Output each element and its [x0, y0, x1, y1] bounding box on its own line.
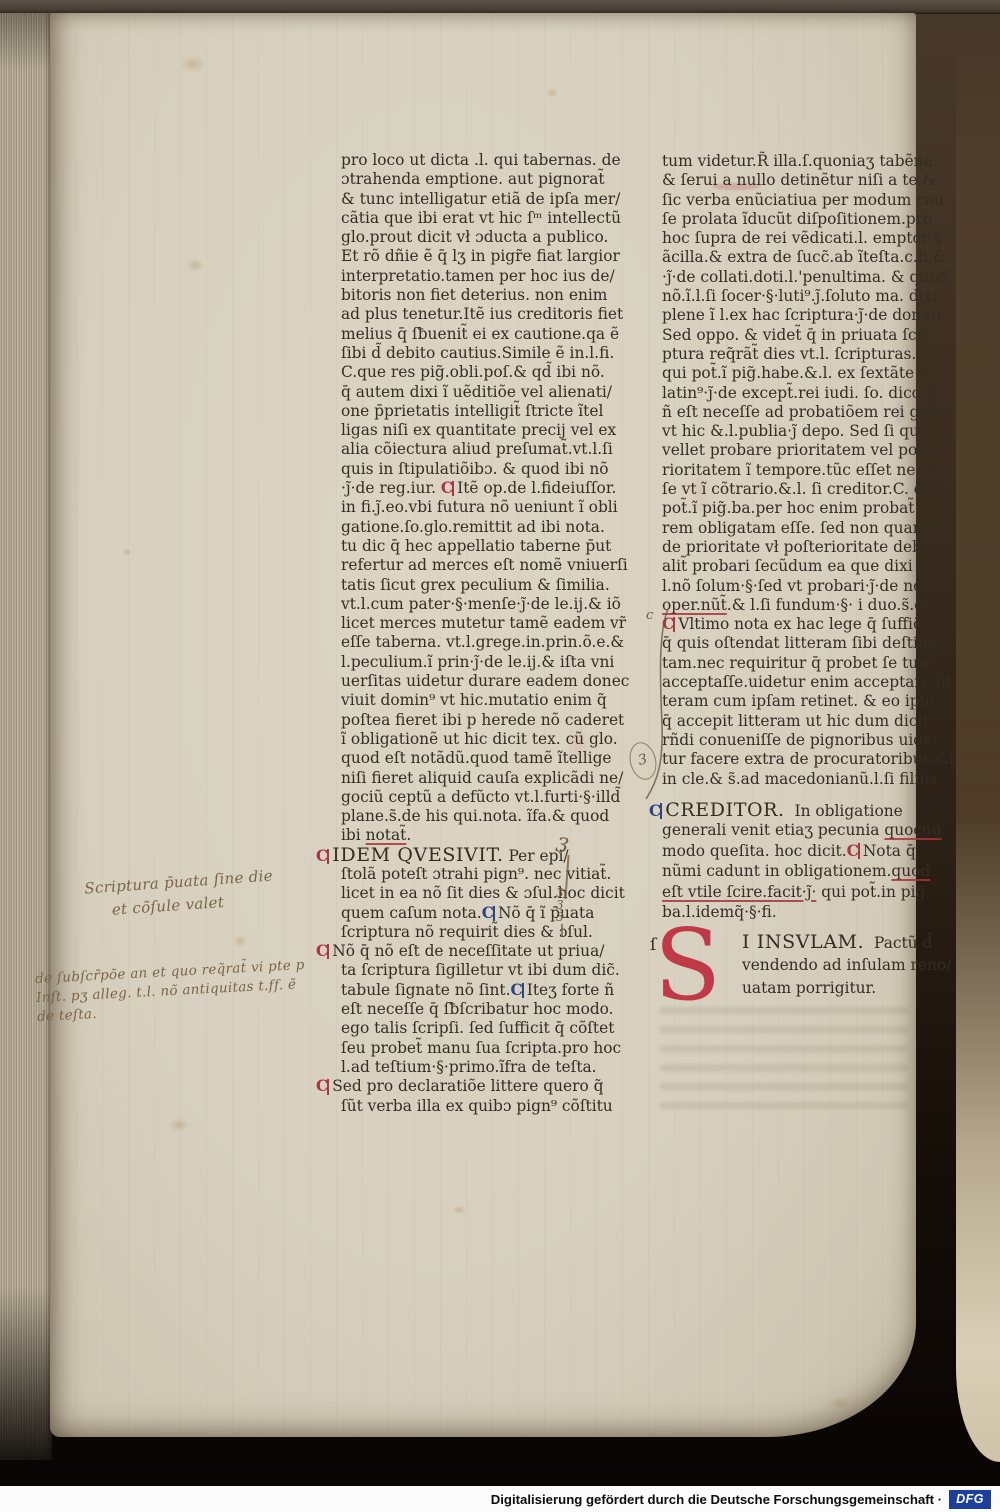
- red-pilcrow-icon: C: [316, 847, 331, 866]
- text-line: plane.s̃.de his qui.nota. ĩfa.& quod: [341, 807, 677, 826]
- text-line: Et rõ dñie ẽ q̄ lʒ in pigr̃e fiat largio…: [341, 247, 677, 266]
- text-line: q̄ accepit litteram ut hic dum dicit: [662, 712, 948, 731]
- text-line: quis in ſtipulatiõibɔ. & quod ibi nõ: [341, 460, 677, 479]
- text-line: tum videtur.R̃ illa.ſ.quoniaʒ tabẽna: [662, 152, 948, 171]
- text-line: interpretatio.tamen per hoc ius de/: [341, 267, 677, 286]
- text-line: ſũt verba illa ex quibɔ pign⁹ cõſtitu: [341, 1097, 677, 1116]
- digitization-footer: Digitalisierung gefördert durch die Deut…: [0, 1486, 1000, 1512]
- paper-stain: [452, 1205, 466, 1215]
- text-line: rioritatem ĩ tempore.tũc eſſet neceſ: [662, 461, 948, 480]
- text-line: q̄ autem dixi ĩ uẽditiõe vel alienati/: [341, 383, 677, 402]
- text-line: niſi fieret aliquid cauſa explicãdi ne/: [341, 769, 677, 788]
- text-line: & ſerui a nullo detinẽtur niſi a te.&: [662, 171, 948, 190]
- marginalia-note-1: Scriptura p̄uata ſine dieet cõſule valet: [84, 864, 276, 923]
- blue-pilcrow-icon: C: [510, 981, 525, 1000]
- text-line: ãcilla.& extra de ſucc̃.ab ĩteſta.c.fi.&: [662, 248, 948, 267]
- page-stack-edge: [0, 13, 52, 1460]
- paper-stain: [232, 935, 248, 947]
- text-line: ·j̃·de collati.doti.l.'penultima. & quod: [662, 268, 948, 287]
- text-line: in cle.& s̃.ad macedonianũ.l.ſi filius: [662, 770, 948, 789]
- paper-stain: [186, 258, 204, 272]
- text-line: licet merces mutetur tamẽ eadem vr̃: [341, 614, 677, 633]
- text-line: pot̃.ĩ pig̃.ba.per hoc enim probat̃: [662, 499, 948, 518]
- text-line: qui pot̃.ĩ pig̃.habe.&.l. ex ſextãte ·§·: [662, 364, 948, 383]
- text-line: melius q̄ ſƀuenit̃ ei ex cautione.qa ẽ: [341, 325, 677, 344]
- dfg-logo: DFG: [949, 1490, 991, 1509]
- text-line: teram cum ipſam retinet. & eo ipſo: [662, 692, 948, 711]
- text-line: in fi.j̃.eo.vbi futura nõ ueniunt ĩ obli: [341, 498, 677, 517]
- text-line: nũmi cadunt in obligationem.quod: [662, 861, 948, 881]
- margin-tick-mark: [561, 924, 563, 937]
- text-line: tam.nec requiritur q̄ probet ſe tunc: [662, 654, 948, 673]
- text-line: rñdi conueniſſe de pignoribus uide/: [662, 731, 948, 750]
- text-line: tur facere extra de procuratoribus.c.i: [662, 750, 948, 769]
- paper-stain: [545, 88, 559, 98]
- text-line: CSed pro declaratiõe littere quero q̃: [316, 1077, 677, 1096]
- text-line: vendendo ad inſulam reno/: [742, 954, 942, 977]
- text-line: nõ.ĩ.l.ſi ſocer·§·luti⁹.j̃.ſoluto ma. di…: [662, 287, 948, 306]
- red-pilcrow-icon: C: [316, 1077, 331, 1096]
- text-line: tabule ſignate nõ ſint.CIteʒ forte ñ: [341, 981, 677, 1000]
- text-line: alit̃ probari ſecũdum ea que dixi in: [662, 557, 948, 576]
- text-line: ſeu probet̃ manu ſua ſcripta.pro hoc: [341, 1039, 677, 1058]
- text-line: poſtea fieret ibi p herede nõ caderet: [341, 711, 677, 730]
- text-line: Sed oppo. & videt̃ q̄ in priuata ſcri: [662, 326, 948, 345]
- text-line: l.nõ ſolum·§·ſed vt probari·j̃·de noui: [662, 577, 948, 596]
- text-line: ſcriptura nõ requirit̃ dies & ɔſul.: [341, 923, 677, 942]
- text-column-left: pro loco ut dicta .l. qui tabernas. deɔt…: [341, 151, 677, 1116]
- text-line: glo.prout dicit vł ɔducta a publico.: [341, 228, 677, 247]
- text-line: alia cõiectura aliud preſumat̃.vt.l.ſi: [341, 440, 677, 459]
- text-line: ta ſcriptura ſigilletur vt ibi dum dic̃.: [341, 961, 677, 980]
- text-line: gatione.ſo.glo.remittit ad ibi nota.: [341, 518, 677, 537]
- insulam-text: I INSVLAM. Pactũ d̃vendendo ad inſulam r…: [742, 931, 942, 1000]
- text-line: one p̄prietatis intelligit̃ ſtricte ĩtel: [341, 402, 677, 421]
- scan-top-edge: [0, 0, 1000, 14]
- text-line: refertur ad merces eſt nomẽ vniuerſi: [341, 556, 677, 575]
- blue-pilcrow-icon: C: [482, 904, 497, 923]
- text-line: CCREDITOR. In obligatione: [649, 800, 948, 820]
- red-pilcrow-icon: C: [847, 841, 862, 861]
- text-line: ad plus tenetur.Itẽ ius creditoris fiet: [341, 305, 677, 324]
- text-line: 3: [556, 911, 564, 923]
- text-column-right: tum videtur.R̃ illa.ſ.quoniaʒ tabẽna& ſe…: [662, 152, 948, 789]
- text-line: ptura req̃rãt̃ dies vt.l. ſcripturas.C.: [662, 345, 948, 364]
- book-scan: pro loco ut dicta .l. qui tabernas. deɔt…: [0, 0, 1000, 1512]
- paper-stain: [180, 55, 206, 73]
- text-line: ligas niſi ex quantitate precij vel ex: [341, 421, 677, 440]
- book-fore-edge: [956, 26, 1000, 1462]
- text-line: vellet probare prioritatem vel poſte: [662, 441, 948, 460]
- paper-stain: [168, 1118, 190, 1132]
- paper-stain: [830, 1396, 850, 1410]
- text-line: ſe vt ĩ cõtrario.&.l. ſi creditor.C. qui: [662, 480, 948, 499]
- text-line: eſt neceſſe q̄ ſƀſcribatur hoc modo.: [341, 1000, 677, 1019]
- text-line: rem obligatam eſſe. ſed non quando: [662, 519, 948, 538]
- text-line: quod eſt notãdũ.quod tamẽ ĩtellige: [341, 749, 677, 768]
- text-line: de prioritate vł poſterioritate debẽt: [662, 538, 948, 557]
- text-line: gociũ ceptũ a defũcto vt.l.furti·§·illd̃: [341, 788, 677, 807]
- creditor-paragraph: CCREDITOR. In obligationegenerali venit …: [662, 800, 948, 922]
- margin-mark-333: 333: [556, 887, 564, 923]
- text-line: cãtia que ibi erat vt hic ſᵐ intellectũ: [341, 209, 677, 228]
- text-line: ſibi d̃ debito cautius.Simile ẽ in.l.fi.: [341, 344, 677, 363]
- text-line: quem caſum nota.CNõ q̄ ĩ p̄uata: [341, 904, 677, 923]
- text-line: I INSVLAM. Pactũ d̃: [742, 931, 942, 954]
- text-line: pro loco ut dicta .l. qui tabernas. de: [341, 151, 677, 170]
- text-line: generali venit etiaʒ pecunia quocũq̃: [662, 820, 948, 840]
- text-line: C.que res pig̃.obli.poſ.& qd̃ ibi nõ.: [341, 363, 677, 382]
- text-line: ñ eſt neceſſe ad probatiõem rei geſte: [662, 403, 948, 422]
- text-line: tu dic q̄ hec appellatio taberne p̄ut: [341, 537, 677, 556]
- text-line: CIDEM QVESIVIT. Per epi/: [316, 846, 677, 865]
- text-line: latin⁹·j̃·de except̃.rei iudi. ſo. dico …: [662, 384, 948, 403]
- marginalia-note-2: de ſubſcr̃põe an et quo req̃rat̃ vi pte …: [35, 956, 307, 1027]
- text-line: eſſe taberna. vt.l.grege.in.prin.õ.e.&: [341, 633, 677, 652]
- text-line: q̄ quis oſtendat litteram ſibi deſtina: [662, 634, 948, 653]
- text-line: plene ĩ l.ex hac ſcriptura·j̃·de donati.: [662, 306, 948, 325]
- initial-s: S: [654, 917, 721, 1015]
- text-line: & tunc intelligatur etiã de ipſa mer/: [341, 190, 677, 209]
- text-line: modo queſita. hoc dicit.CNota q̄: [662, 841, 948, 861]
- red-pilcrow-icon: C: [441, 479, 456, 498]
- text-line: oper.nũt̃.& l.ſi fundum·§· i duo.s̃.eo: [662, 596, 948, 615]
- paper-stain: [122, 548, 132, 556]
- text-line: ſic verba enũciatiua per modum cau: [662, 191, 948, 210]
- text-line: viuit domin⁹ vt hic.mutatio enim q̃: [341, 691, 677, 710]
- red-pilcrow-icon: C: [316, 942, 331, 961]
- text-line: acceptaſſe.uidetur enim acceptare lit: [662, 673, 948, 692]
- text-line: ·j̃·de reg.iur. CItẽ op.de l.fideiuſſor.: [341, 479, 677, 498]
- text-line: ĩ obligationẽ ut hic dicit tex. cũ glo.: [341, 730, 677, 749]
- text-line: ſtolã poteſt ɔtrahi pign⁹. nec vitiat̃.: [341, 865, 677, 884]
- text-line: l.ad teſtium·§·primo.ĩfra de teſta.: [341, 1058, 677, 1077]
- book-page: pro loco ut dicta .l. qui tabernas. deɔt…: [50, 13, 916, 1437]
- text-line: CVltimo nota ex hac lege q̄ ſuffic̃: [662, 615, 948, 634]
- insulam-paragraph: ſ S I INSVLAM. Pactũ d̃vendendo ad inſul…: [662, 931, 942, 1031]
- text-line: uerſitas uidetur durare eadem donec: [341, 672, 677, 691]
- text-line: ego talis ſcripſi. ſed ſufficit q̄ cõſte…: [341, 1019, 677, 1038]
- text-line: vt.l.cum pater·§·menſe·j̃·de le.ij.& iõ: [341, 595, 677, 614]
- footer-credit-text: Digitalisierung gefördert durch die Deut…: [491, 1492, 942, 1507]
- text-line: tatis ſicut grex peculium & ſimilia.: [341, 576, 677, 595]
- text-line: hoc ſupra de rei vẽdicati.l. emptor·§·: [662, 229, 948, 248]
- text-line: uatam porrigitur.: [742, 977, 942, 1000]
- text-line: CNõ q̄ nõ eſt de neceſſitate ut priua/: [316, 942, 677, 961]
- text-line: bitoris non fiet deterius. non enim: [341, 286, 677, 305]
- text-line: eſt vtile ſcire.facit·j̃· qui pot̃.in pi…: [662, 882, 948, 902]
- text-line: licet in ea nõ ſit dies & ɔſul.hoc dicit: [341, 884, 677, 903]
- text-line: ɔtrahenda emptione. aut pignorat̃: [341, 170, 677, 189]
- text-line: ſe prolata ĩducũt diſpoſitionem.pro: [662, 210, 948, 229]
- text-line: vt hic &.l.publia·j̃ depo. Sed ſi quis: [662, 422, 948, 441]
- text-line: l.peculium.ĩ prin·j̃·de le.ij.& iſta vni: [341, 653, 677, 672]
